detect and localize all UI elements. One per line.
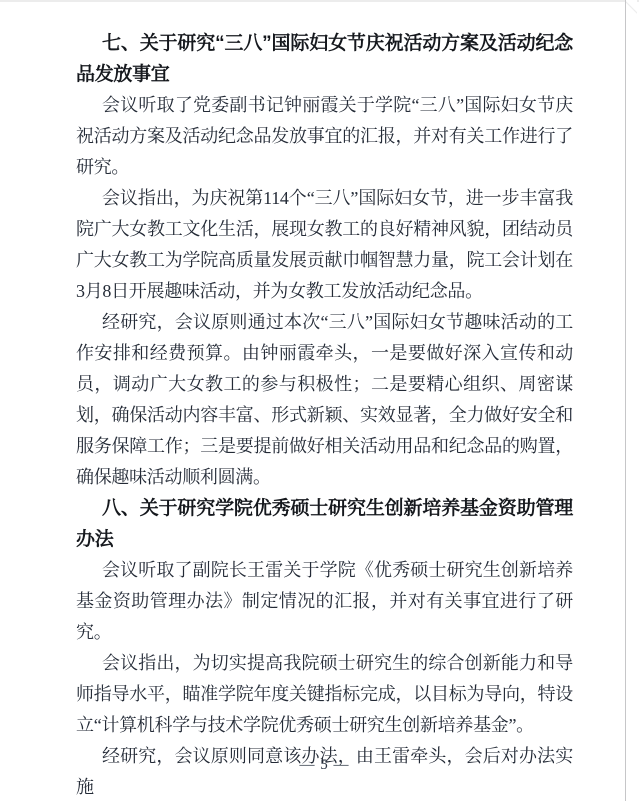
paragraph: 会议指出，为庆祝第114个“三八”国际妇女节，进一步丰富我院广大女教工文化生活，…	[76, 183, 573, 307]
document-body: 七、关于研究“三八”国际妇女节庆祝活动方案及活动纪念品发放事宜 会议听取了党委副…	[76, 28, 573, 801]
page-top-edge	[0, 0, 639, 2]
document-page: 七、关于研究“三八”国际妇女节庆祝活动方案及活动纪念品发放事宜 会议听取了党委副…	[0, 0, 639, 801]
page-number: — 5 —	[76, 757, 573, 774]
section-heading-eight: 八、关于研究学院优秀硕士研究生创新培养基金资助管理办法	[76, 493, 573, 555]
paragraph: 会议听取了党委副书记钟丽霞关于学院“三八”国际妇女节庆祝活动方案及活动纪念品发放…	[76, 90, 573, 183]
page-corner-mark	[625, 0, 637, 14]
paragraph: 经研究，会议原则通过本次“三八”国际妇女节趣味活动的工作安排和经费预算。由钟丽霞…	[76, 307, 573, 493]
page-right-edge	[625, 0, 626, 801]
paragraph: 会议听取了副院长王雷关于学院《优秀硕士研究生创新培养基金资助管理办法》制定情况的…	[76, 555, 573, 648]
paragraph: 会议指出，为切实提高我院硕士研究生的综合创新能力和导师指导水平，瞄准学院年度关键…	[76, 648, 573, 741]
section-heading-seven: 七、关于研究“三八”国际妇女节庆祝活动方案及活动纪念品发放事宜	[76, 28, 573, 90]
